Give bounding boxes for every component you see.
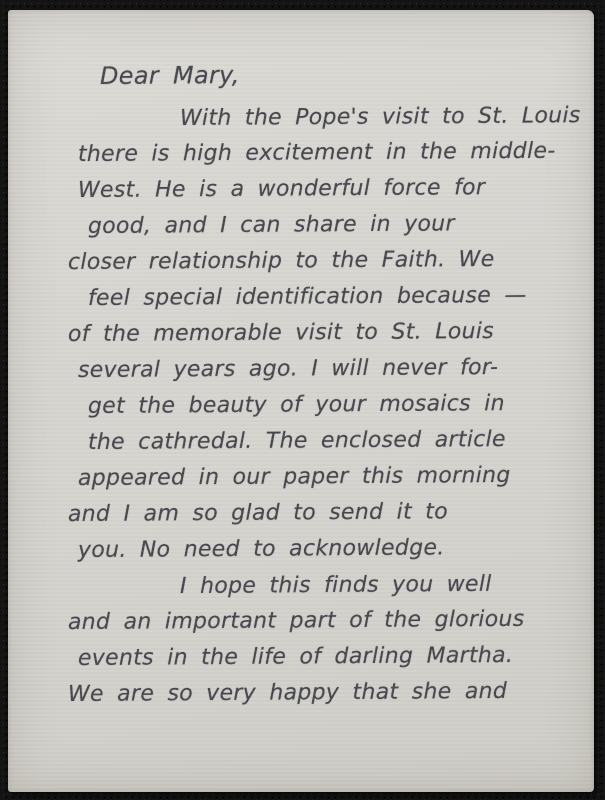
letter-line: appeared in our paper this morning [78, 462, 594, 502]
letter-line: you. No need to acknowledge. [78, 534, 594, 574]
letter-line: of the memorable visit to St. Louis [68, 318, 594, 358]
letter-line: several years ago. I will never for- [78, 354, 594, 394]
letter-line: feel special identification because — [88, 282, 594, 322]
letter-line: We are so very happy that she and [68, 678, 594, 718]
photo-background: Dear Mary, With the Pope's visit to St. … [0, 0, 605, 800]
letter-page: Dear Mary, With the Pope's visit to St. … [8, 10, 594, 792]
letter-line: and an important part of the glorious [68, 606, 594, 646]
letter-line: events in the life of darling Martha. [78, 642, 594, 682]
letter-line: good, and I can share in your [88, 210, 594, 250]
letter-line: closer relationship to the Faith. We [68, 246, 594, 286]
letter-line: get the beauty of your mosaics in [88, 390, 594, 430]
letter-line: and I am so glad to send it to [68, 498, 594, 538]
letter-line: the cathredal. The enclosed article [88, 426, 594, 466]
letter-line: With the Pope's visit to St. Louis [180, 103, 594, 142]
letter-line: I hope this finds you well [180, 571, 594, 610]
letter-line: there is high excitement in the middle- [78, 138, 594, 178]
salutation: Dear Mary, [100, 59, 594, 106]
letter-line: West. He is a wonderful force for [78, 174, 594, 214]
